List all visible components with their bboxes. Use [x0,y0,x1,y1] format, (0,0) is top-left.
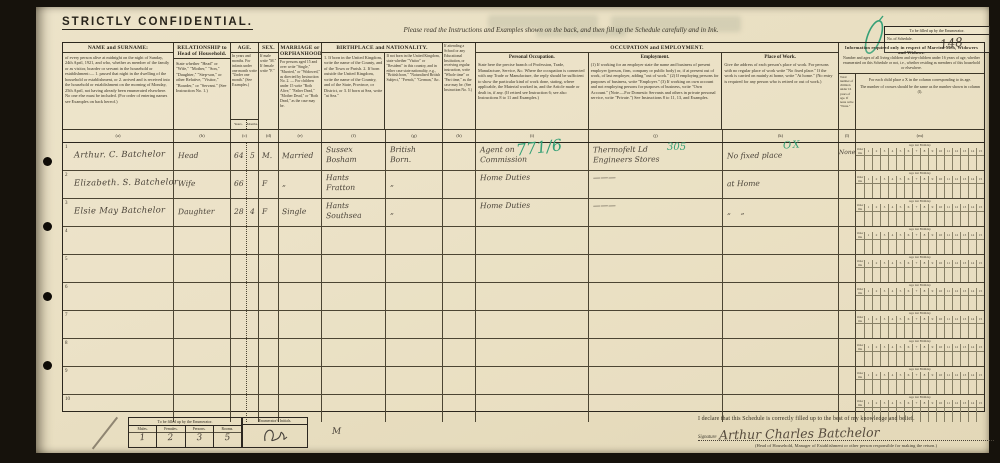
age-cell [864,380,872,394]
age-cell [936,380,944,394]
cell-education [443,227,476,254]
cell-marriage [279,255,322,282]
age-number: 1 [864,316,872,323]
age-cell [864,324,872,338]
age-number: 2 [872,204,880,211]
entry-children-total: None [839,149,855,156]
children-age-grid: Age last Birthday.Under One1234567891011… [856,171,984,198]
age-number: 4 [888,400,896,407]
cell-employment [589,339,723,366]
age-number: 2 [872,316,880,323]
age-number: 7 [912,176,920,183]
punch-hole [43,292,52,301]
age-number: 10 [936,316,944,323]
age-number: 9 [928,400,936,407]
age-number: 3 [880,288,888,295]
age-cell [952,352,960,366]
age-number: 11 [944,232,952,239]
cell-marriage [279,227,322,254]
age-number: 11 [944,344,952,351]
age-cell [864,296,872,310]
age-cell [880,240,888,254]
age-number: 8 [920,400,928,407]
age-number: 13 [960,344,968,351]
age-cell [896,324,904,338]
row-number: 10 [65,397,70,402]
age-number: 7 [912,204,920,211]
row-number: 1 [65,145,68,150]
age-cell [928,268,936,282]
age-number: 3 [880,372,888,379]
occupation-code-green: 771/6 [515,135,563,159]
header-employment: Employment. (1) If working for an employ… [589,53,723,129]
age-cell [976,156,984,170]
cell-employment [589,311,723,338]
handwritten-line: Sussex [326,145,357,155]
age-number: 2 [872,176,880,183]
age-cell [960,268,968,282]
age-cell [928,156,936,170]
age-cell [872,268,880,282]
cell-age-years [231,255,247,282]
entry-age-years: 64 [234,151,244,160]
cell-name: 3Elsie May Batchelor [63,199,174,226]
age-cell [976,240,984,254]
column-letter: (a) [63,130,174,142]
age-number: 5 [896,344,904,351]
age-subcolumns: Years. Months. [231,119,258,129]
cell-sex: M. [259,143,279,170]
age-grid-cells [856,352,984,366]
age-number: 12 [952,400,960,407]
cell-ages-grid: Age last Birthday.Under One1234567891011… [856,171,984,198]
cell-birthplace [322,395,386,422]
header-children-group: Information required only in respect of … [839,43,984,129]
age-number: 9 [928,232,936,239]
scanned-census-schedule: STRICTLY CONFIDENTIAL. Please read the I… [0,0,1000,463]
cell-employment [589,255,723,282]
age-number: 14 [968,400,976,407]
age-number: 8 [920,232,928,239]
age-number: 5 [896,204,904,211]
entry-name: Arthur. C. Batchelor [74,148,165,159]
entry-employment: ——— [593,173,616,183]
column-letter: (h) [443,130,476,142]
age-cell [960,212,968,226]
schedule-row: 2Elizabeth. S. BatchelorWife66F„HantsFra… [63,171,984,199]
age-cell [872,352,880,366]
age-cell [976,352,984,366]
age-grid-numbers: Under One123456789101112131415 [856,260,984,268]
cell-employment: ——— [589,199,723,226]
age-cell [936,296,944,310]
cell-nationality: BritishBorn. [386,143,443,170]
age-cell [904,184,912,198]
schedule-row: 8Age last Birthday.Under One123456789101… [63,339,984,367]
age-number: 6 [904,316,912,323]
cell-employment [589,283,723,310]
entry-employment: Thermofelt LdEngineers Stores [593,145,660,165]
age-number: 6 [904,148,912,155]
cell-education [443,395,476,422]
age-cell [856,184,864,198]
years-label: Years. [231,120,247,129]
age-number: 13 [960,176,968,183]
cell-nationality [386,311,443,338]
column-letter: (l) [839,130,856,142]
age-grid-cells [856,184,984,198]
handwritten-line: Engineers Stores [593,154,660,164]
cell-relationship [174,311,231,338]
header-education: If attending a School or any Educational… [443,43,476,129]
entry-sex: F [262,207,267,216]
cell-relationship [174,339,231,366]
cell-occupation: Agent onCommission771/6 [476,143,589,170]
cell-name: 7 [63,311,174,338]
cell-age-years [231,283,247,310]
row-number: 9 [65,369,68,374]
schedule-table: NAME and SURNAME: of every person alive … [62,42,985,412]
children-age-grid: Age last Birthday.Under One1234567891011… [856,143,984,170]
age-number: 6 [904,344,912,351]
entry-birthplace: HantsSouthsea [326,201,362,220]
age-grid-numbers: Under One123456789101112131415 [856,204,984,212]
age-cell [968,296,976,310]
cell-employment [589,227,723,254]
punch-hole [43,222,52,231]
age-number: 10 [936,372,944,379]
header-age-body: In years and months. For infants under o… [231,53,258,89]
age-cell [944,212,952,226]
age-grid-cells [856,240,984,254]
age-number: 9 [928,372,936,379]
age-under-one: Under One [856,344,864,351]
age-cell [952,324,960,338]
cell-birthplace [322,367,386,394]
age-number: 12 [952,372,960,379]
cell-relationship [174,255,231,282]
cell-ages-grid: Age last Birthday.Under One1234567891011… [856,311,984,338]
children-age-grid: Age last Birthday.Under One1234567891011… [856,227,984,254]
occupation-body: State here the precise branch of Profess… [476,61,588,103]
age-grid-cells [856,296,984,310]
entry-nationality: „ [390,207,394,216]
age-number: 12 [952,148,960,155]
header-rel-body: State whether "Head" or "Wife," "Mother,… [174,59,230,95]
header-rel-title: RELATIONSHIP to Head of Household. [174,43,230,59]
age-cell [888,352,896,366]
entry-relationship: Head [178,151,199,160]
cell-age-months [247,311,259,338]
age-number: 14 [968,204,976,211]
age-number: 9 [928,288,936,295]
age-number: 7 [912,316,920,323]
age-number: 10 [936,176,944,183]
age-cell [912,212,920,226]
age-cell [904,240,912,254]
cell-nationality: „ [386,199,443,226]
column-letter: (d) [259,130,279,142]
age-cell [944,268,952,282]
age-cell [936,184,944,198]
age-cell [952,240,960,254]
age-cell [896,268,904,282]
children-total-body: Total number of children under 16 years … [839,74,855,109]
header-relationship: RELATIONSHIP to Head of Household. State… [174,43,231,129]
cell-age-years [231,227,247,254]
age-number: 3 [880,316,888,323]
cell-age-years: 64 [231,143,247,170]
entry-birthplace: HantsFratton [326,173,355,192]
age-number: 11 [944,260,952,267]
age-cell [904,352,912,366]
age-cell [936,240,944,254]
cell-age-months [247,283,259,310]
age-cell [952,380,960,394]
children-age-grid: Age last Birthday.Under One1234567891011… [856,311,984,338]
header-age-title: AGE. [231,43,258,53]
age-cell [936,324,944,338]
cell-children-total [839,227,856,254]
age-cell [912,240,920,254]
cell-education [443,199,476,226]
age-cell [960,380,968,394]
age-cell [952,212,960,226]
age-number: 1 [864,400,872,407]
age-number: 4 [888,288,896,295]
age-number: 6 [904,232,912,239]
cell-education [443,283,476,310]
cell-occupation [476,255,589,282]
entry-marriage: Married [282,151,313,160]
age-grid-numbers: Under One123456789101112131415 [856,148,984,156]
age-cell [888,380,896,394]
age-cell [880,268,888,282]
cell-sex [259,255,279,282]
cell-ages-grid: Age last Birthday.Under One1234567891011… [856,339,984,366]
summary-column: Persons.3 [186,426,214,448]
age-number: 15 [976,288,984,295]
cell-children-total: None [839,143,856,170]
cell-place-of-work [723,255,839,282]
age-cell [952,296,960,310]
cell-age-years [231,311,247,338]
cell-employment [589,367,723,394]
cell-relationship: Head [174,143,231,170]
age-cell [904,380,912,394]
age-cell [912,380,920,394]
stray-mark: M [332,427,341,437]
age-number: 13 [960,148,968,155]
cell-name: 6 [63,283,174,310]
age-number: 4 [888,148,896,155]
handwritten-line: Fratton [326,182,355,192]
cell-occupation [476,339,589,366]
cell-occupation [476,227,589,254]
age-number: 7 [912,232,920,239]
children-group-paragraph: Number and ages of all living children a… [839,55,984,74]
age-cell [880,296,888,310]
age-cell [896,240,904,254]
age-number: 15 [976,344,984,351]
age-cell [912,352,920,366]
age-cell [896,156,904,170]
age-number: 11 [944,372,952,379]
age-cell [888,184,896,198]
age-cell [872,212,880,226]
age-cell [912,324,920,338]
age-under-one: Under One [856,400,864,407]
age-number: 5 [896,176,904,183]
age-number: 2 [872,344,880,351]
entry-age-years: 28 [234,207,244,216]
entry-sex: F [262,179,267,188]
cell-children-total [839,255,856,282]
entry-relationship: Daughter [178,207,215,216]
entry-place-of-work: at Home [727,179,760,188]
age-cell [952,268,960,282]
age-number: 14 [968,232,976,239]
age-number: 10 [936,400,944,407]
declaration-text: I declare that this Schedule is correctl… [698,416,994,422]
punch-hole [43,157,52,166]
summary-column: Males.1 [129,426,157,448]
signature-label: Signature [698,435,719,440]
cell-nationality [386,395,443,422]
summary-value: 1 [129,432,157,449]
cell-occupation [476,367,589,394]
schedule-row: 7Age last Birthday.Under One123456789101… [63,311,984,339]
age-number: 5 [896,260,904,267]
page-title: STRICTLY CONFIDENTIAL. [62,16,253,30]
age-number: 11 [944,400,952,407]
cell-sex [259,311,279,338]
age-cell [944,156,952,170]
header-sex-title: SEX. [259,43,278,53]
age-number: 15 [976,400,984,407]
entry-marriage: Single [282,207,306,216]
age-cell [856,380,864,394]
age-cell [904,296,912,310]
age-number: 14 [968,260,976,267]
age-number: 1 [864,260,872,267]
header-birthplace: 1. If born in the United Kingdom, write … [322,53,385,129]
cell-marriage [279,311,322,338]
header-children-total: Total number of children under 16 years … [839,74,856,129]
cell-occupation [476,283,589,310]
cell-marriage: Single [279,199,322,226]
schedule-row: 5Age last Birthday.Under One123456789101… [63,255,984,283]
paper-sheet: STRICTLY CONFIDENTIAL. Please read the I… [36,7,989,453]
cell-name: 9 [63,367,174,394]
age-number: 6 [904,204,912,211]
age-number: 12 [952,316,960,323]
cell-age-months: 5 [247,143,259,170]
cell-name: 5 [63,255,174,282]
handwritten-line: ——— [593,173,616,183]
age-cell [968,380,976,394]
age-number: 3 [880,260,888,267]
cell-age-months [247,367,259,394]
row-number: 5 [65,257,68,262]
cell-marriage: Married [279,143,322,170]
cell-sex: F [259,171,279,198]
age-cell [912,184,920,198]
handwritten-line: Home Duties [480,201,530,211]
age-cell [944,296,952,310]
age-number: 3 [880,148,888,155]
summary-value: 5 [213,432,241,449]
age-cell [976,296,984,310]
age-number: 14 [968,288,976,295]
header-marriage-title: MARRIAGE or ORPHANHOOD. [279,43,321,59]
age-number: 13 [960,288,968,295]
age-cell [904,156,912,170]
entry-birthplace: SussexBosham [326,145,357,164]
age-under-one: Under One [856,232,864,239]
cell-children-total [839,339,856,366]
age-number: 5 [896,316,904,323]
age-grid-numbers: Under One123456789101112131415 [856,232,984,240]
row-number: 6 [65,285,68,290]
age-cell [944,184,952,198]
age-number: 5 [896,400,904,407]
age-cell [880,212,888,226]
handwritten-line: British [390,145,416,155]
age-cell [968,212,976,226]
age-cell [856,212,864,226]
age-cell [896,380,904,394]
age-cell [968,268,976,282]
cell-education [443,339,476,366]
age-cell [920,380,928,394]
age-cell [952,184,960,198]
age-cell [912,268,920,282]
age-number: 10 [936,204,944,211]
cell-birthplace: SussexBosham [322,143,386,170]
age-cell [888,156,896,170]
cell-relationship [174,227,231,254]
age-number: 10 [936,232,944,239]
age-cell [920,296,928,310]
header-place-of-work: Place of Work. Give the address of each … [722,53,838,129]
row-number: 3 [65,201,68,206]
schedule-row: 6Age last Birthday.Under One123456789101… [63,283,984,311]
cell-age-months [247,255,259,282]
cell-place-of-work [723,367,839,394]
column-letter: (f) [322,130,386,142]
cell-nationality [386,339,443,366]
header-education-body: If attending a School or any Educational… [443,43,475,94]
age-cell [968,156,976,170]
age-cell [904,268,912,282]
age-under-one: Under One [856,176,864,183]
schedule-row: 1Arthur. C. BatchelorHead645M.MarriedSus… [63,143,984,171]
cell-sex [259,227,279,254]
cell-place-of-work: „ „ [723,199,839,226]
age-number: 8 [920,344,928,351]
handwritten-line: Hants [326,201,362,211]
cell-sex: F [259,199,279,226]
summary-column: Females.2 [157,426,185,448]
age-number: 9 [928,260,936,267]
age-number: 8 [920,288,928,295]
column-letter: (m) [856,130,984,142]
age-number: 8 [920,372,928,379]
age-grid-numbers: Under One123456789101112131415 [856,288,984,296]
cell-sex [259,283,279,310]
age-number: 2 [872,400,880,407]
